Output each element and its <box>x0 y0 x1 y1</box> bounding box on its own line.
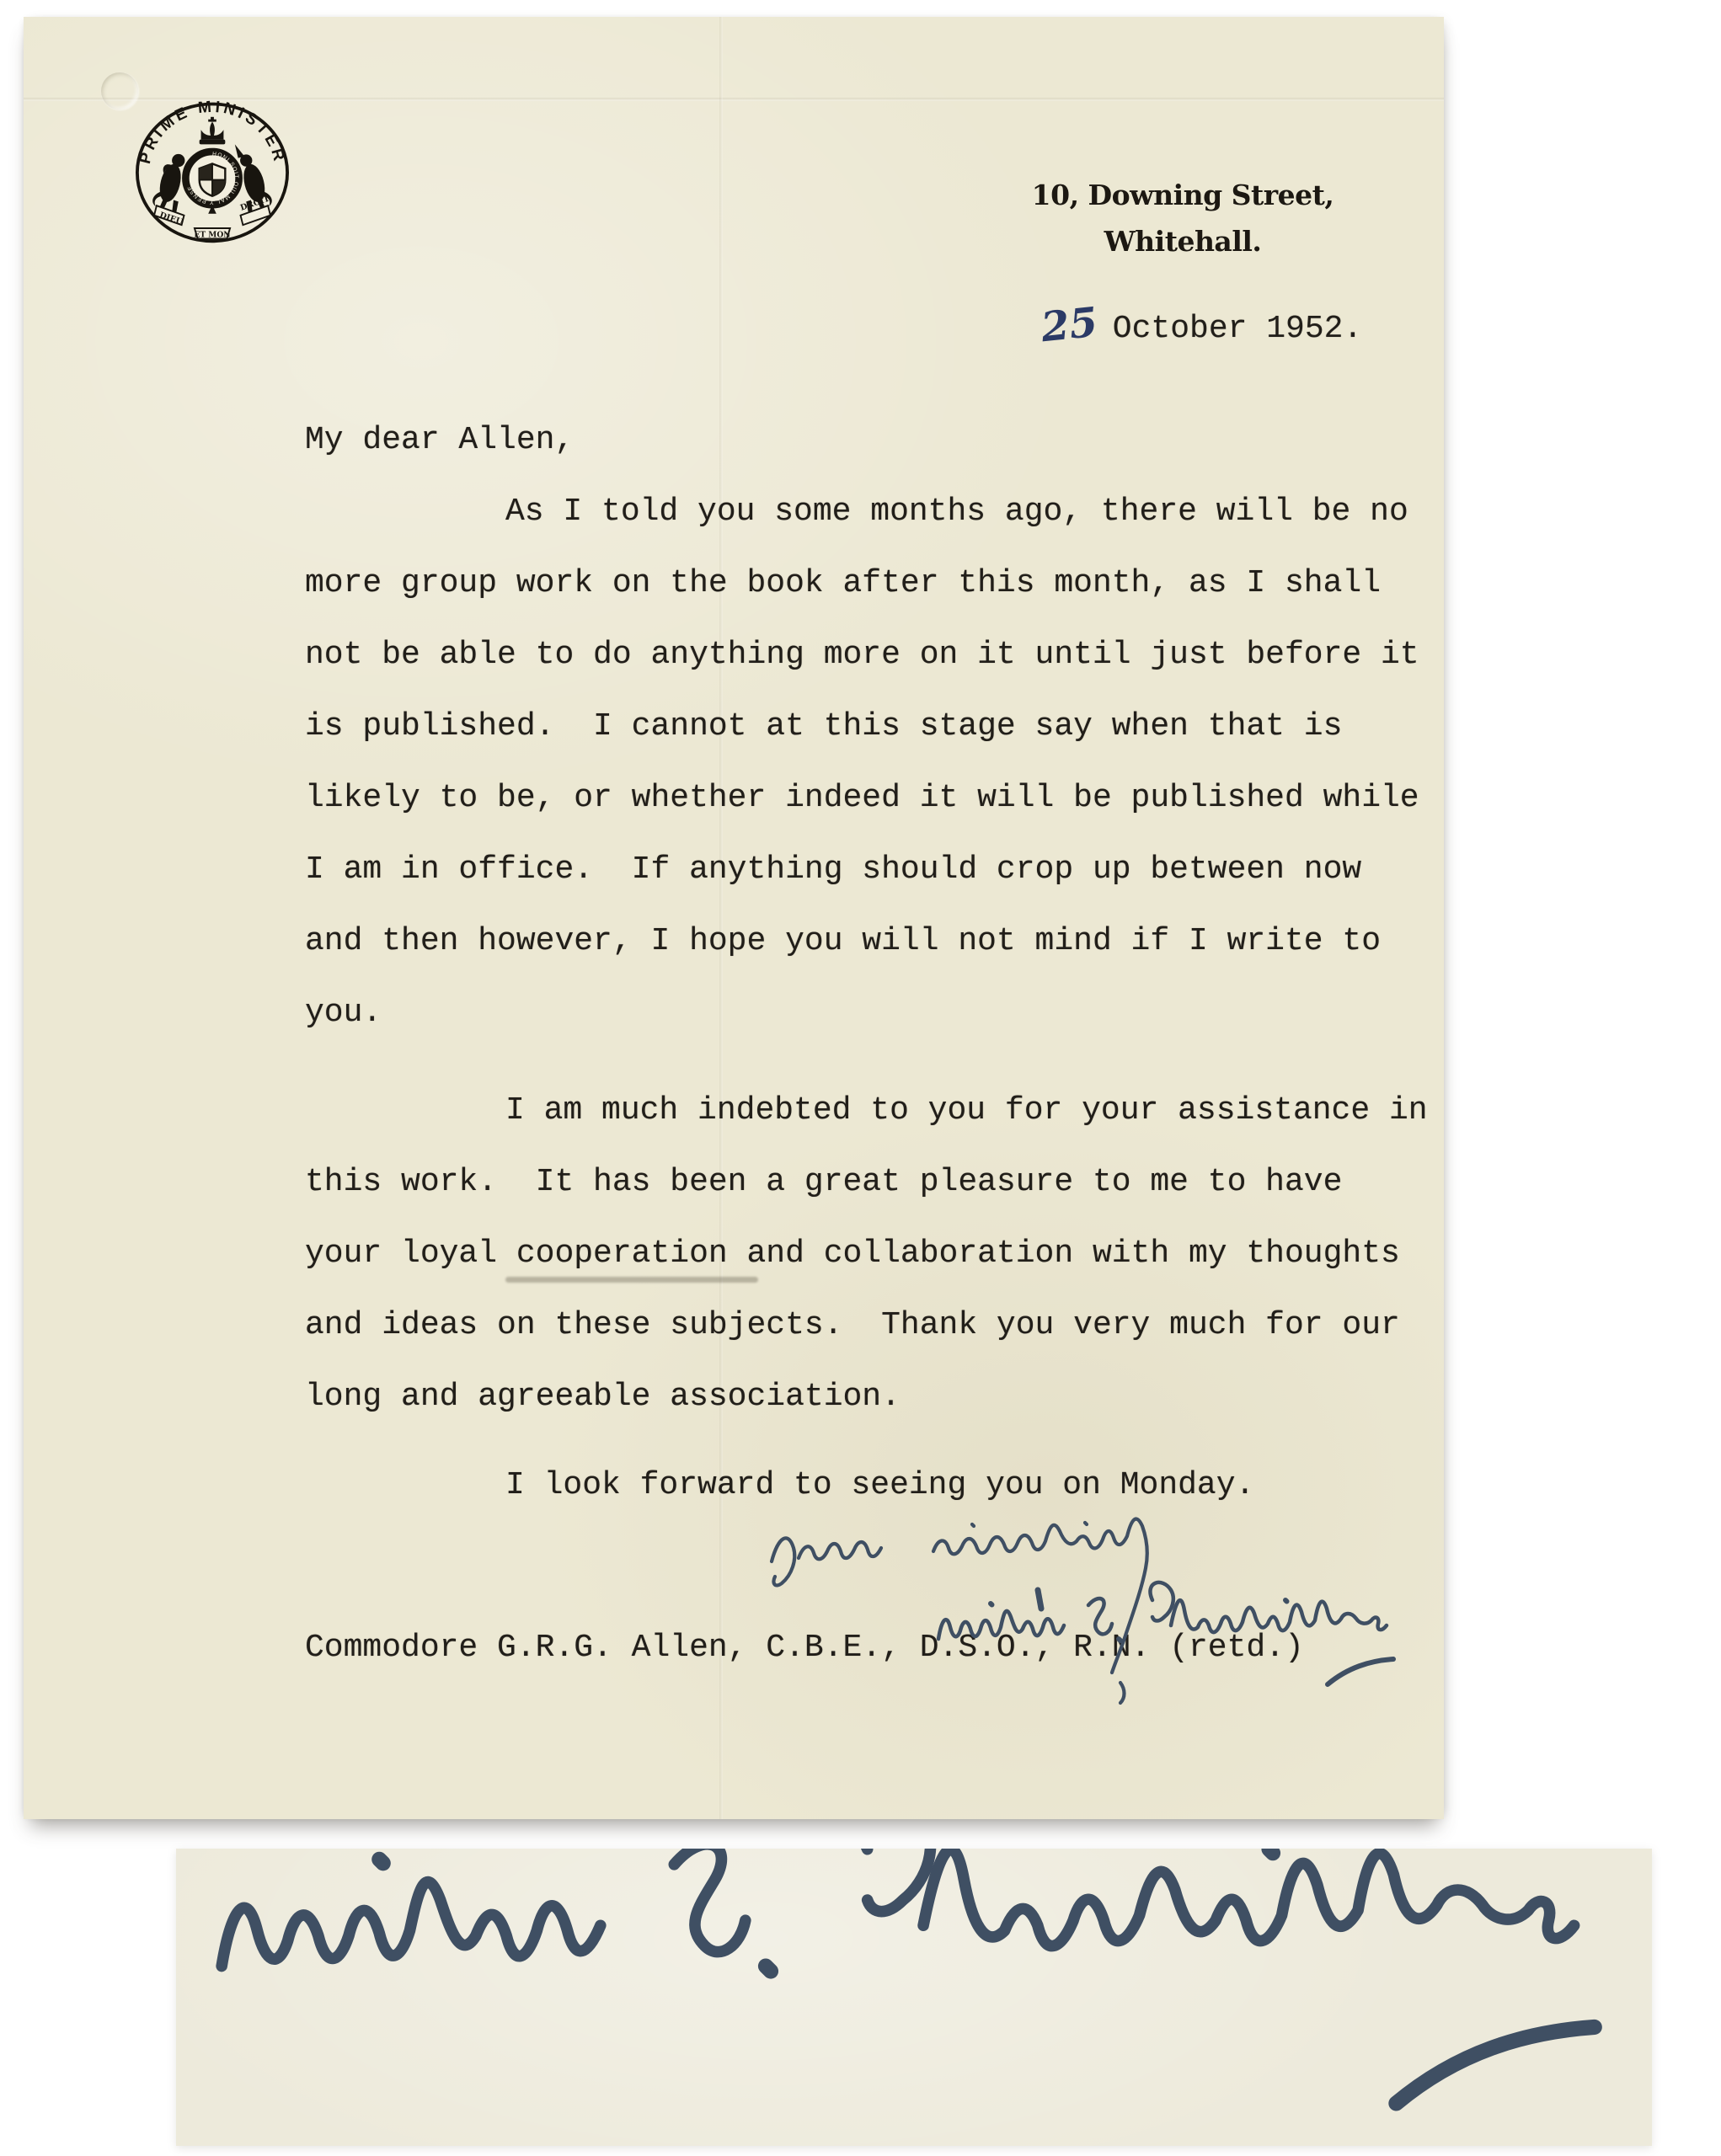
letter-page: PRIME MINISTER HONI SOIT QUI MAL Y PENSE <box>24 17 1444 1819</box>
body-line: long and agreeable association. <box>305 1361 1484 1433</box>
body-line: and then however, I hope you will not mi… <box>305 905 1484 977</box>
typewriter-smudge-mark <box>505 1277 758 1283</box>
letterhead-address-line1: 10, Downing Street, <box>981 179 1385 211</box>
signature-handwritten-enlarged <box>201 1849 1625 2129</box>
date-line: 25 October 1952. <box>1041 300 1362 347</box>
crown-icon <box>200 117 226 145</box>
body-line: I am much indebted to you for your assis… <box>305 1075 1484 1146</box>
body-line: is published. I cannot at this stage say… <box>305 691 1484 762</box>
body-line: As I told you some months ago, there wil… <box>305 476 1484 547</box>
typed-date: October 1952. <box>1113 311 1362 347</box>
handwritten-day: 25 <box>1039 299 1099 352</box>
body-line: not be able to do anything more on it un… <box>305 619 1484 691</box>
body-line: likely to be, or whether indeed it will … <box>305 762 1484 834</box>
signature-handwritten <box>932 1566 1403 1693</box>
letterhead-address: 10, Downing Street, Whitehall. <box>981 179 1385 258</box>
signature-enlargement <box>176 1849 1652 2146</box>
prime-minister-crest: PRIME MINISTER HONI SOIT QUI MAL Y PENSE <box>131 94 293 248</box>
body-line: your loyal cooperation and collaboration… <box>305 1218 1484 1289</box>
body-line: and ideas on these subjects. Thank you v… <box>305 1289 1484 1361</box>
lion-supporter-icon <box>152 154 184 214</box>
salutation: My dear Allen, <box>305 404 1484 476</box>
body-line: you. <box>305 977 1484 1049</box>
body-line: more group work on the book after this m… <box>305 547 1484 619</box>
letter-photo: PRIME MINISTER HONI SOIT QUI MAL Y PENSE <box>0 0 1721 2156</box>
body-line: this work. It has been a great pleasure … <box>305 1146 1484 1218</box>
motto-et-mon: ET MON <box>194 231 230 240</box>
letterhead-address-line2: Whitehall. <box>981 225 1385 258</box>
royal-shield <box>200 163 226 195</box>
body-line: I am in office. If anything should crop … <box>305 834 1484 905</box>
